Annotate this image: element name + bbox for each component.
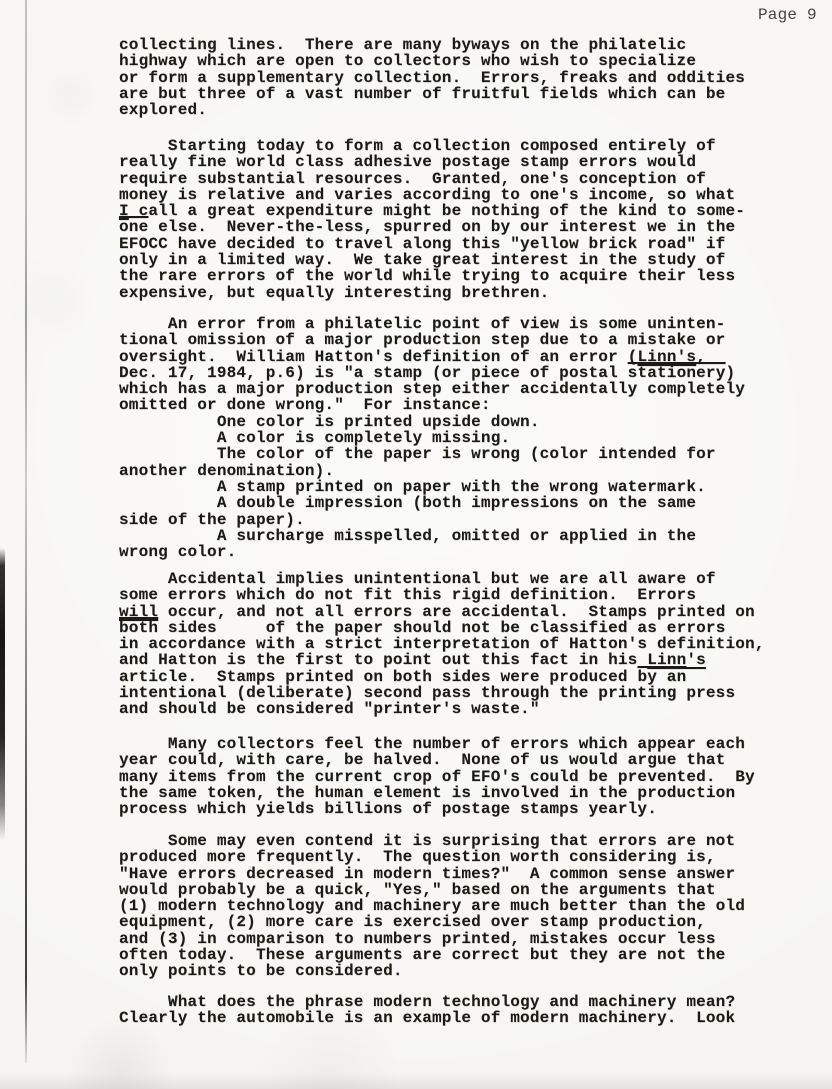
text-line: one else. Never-the-less, spurred on by … xyxy=(119,219,745,235)
text-line: The color of the paper is wrong (color i… xyxy=(119,446,745,462)
text-line: (1) modern technology and machinery are … xyxy=(119,898,745,914)
text-line: A double impression (both impressions on… xyxy=(119,495,745,511)
text-segment: Dec. 17, 1984, p.6) is "a stamp (or piec… xyxy=(119,364,628,382)
text-line: One color is printed upside down. xyxy=(119,414,745,430)
text-line: Starting today to form a collection comp… xyxy=(119,138,745,154)
text-line: Clearly the automobile is an example of … xyxy=(119,1010,735,1026)
text-line: require substantial resources. Granted, … xyxy=(119,171,745,187)
text-segment: oversight. William Hatton's definition o… xyxy=(119,348,637,366)
text-segment: sides of the paper should not be classif… xyxy=(158,619,725,637)
text-line: omitted or done wrong." For instance: xyxy=(119,397,745,413)
text-line: Some may even contend it is surprising t… xyxy=(119,833,745,849)
text-line: A surcharge misspelled, omitted or appli… xyxy=(119,528,745,544)
text-line: process which yields billions of postage… xyxy=(119,801,755,817)
text-line: An error from a philatelic point of view… xyxy=(119,316,745,332)
paragraph: What does the phrase modern technology a… xyxy=(119,994,735,1027)
page-number-label: Page 9 xyxy=(758,6,817,24)
text-line: A stamp printed on paper with the wrong … xyxy=(119,479,745,495)
paragraph: collecting lines. There are many byways … xyxy=(119,37,745,118)
text-line: the same token, the human element is inv… xyxy=(119,785,755,801)
overlined-text: by an xyxy=(637,668,686,686)
text-line: and (3) in comparison to numbers printed… xyxy=(119,931,745,947)
text-line: many items from the current crop of EFO'… xyxy=(119,769,755,785)
text-line: article. Stamps printed on both sides we… xyxy=(119,669,765,685)
text-line: highway which are open to collectors who… xyxy=(119,53,745,69)
text-segment: ) xyxy=(725,364,735,382)
text-line: Many collectors feel the number of error… xyxy=(119,736,755,752)
underlined-text: Linn's xyxy=(637,348,696,366)
text-line: only in a limited way. We take great int… xyxy=(119,252,745,268)
overlined-text: one xyxy=(119,218,148,236)
text-line: would probably be a quick, "Yes," based … xyxy=(119,882,745,898)
text-line: wrong color. xyxy=(119,544,745,560)
overlined-text: stationery xyxy=(628,364,726,382)
scan-artifact-bottom-smudge xyxy=(0,1073,832,1089)
text-line: and should be considered "printer's wast… xyxy=(119,701,765,717)
overlined-text: both xyxy=(119,619,158,637)
text-line: will occur, and not all errors are accid… xyxy=(119,604,765,620)
scan-artifact-vertical-line xyxy=(25,0,27,1063)
paragraph: Accidental implies unintentional but we … xyxy=(119,571,765,718)
text-line: and Hatton is the first to point out thi… xyxy=(119,652,765,668)
text-line: Accidental implies unintentional but we … xyxy=(119,571,765,587)
text-line: the rare errors of the world while tryin… xyxy=(119,268,745,284)
scanned-document-page: Page 9 collecting lines. There are many … xyxy=(0,0,832,1089)
text-segment: occur, and not all errors are accidental… xyxy=(158,603,755,621)
text-segment: article. Stamps printed on both sides we… xyxy=(119,668,637,686)
text-line: both sides of the paper should not be cl… xyxy=(119,620,765,636)
text-line: year could, with care, be halved. None o… xyxy=(119,752,755,768)
text-line: which has a major production step either… xyxy=(119,381,745,397)
text-line: money is relative and varies according t… xyxy=(119,187,745,203)
text-line: collecting lines. There are many byways … xyxy=(119,37,745,53)
text-line: EFOCC have decided to travel along this … xyxy=(119,236,745,252)
scan-artifact-edge-blotch xyxy=(0,548,5,840)
text-line: another denomination). xyxy=(119,463,745,479)
paragraph: Some may even contend it is surprising t… xyxy=(119,833,745,980)
text-line: What does the phrase modern technology a… xyxy=(119,994,735,1010)
paragraph: Many collectors feel the number of error… xyxy=(119,736,755,817)
text-line: Dec. 17, 1984, p.6) is "a stamp (or piec… xyxy=(119,365,745,381)
text-segment: else. Never-the-less, spurred on by our … xyxy=(148,218,735,236)
text-line: A color is completely missing. xyxy=(119,430,745,446)
text-line: expensive, but equally interesting breth… xyxy=(119,285,745,301)
text-segment: and Hatton is the first to point out thi… xyxy=(119,651,647,669)
paragraph: Starting today to form a collection comp… xyxy=(119,138,745,301)
paragraph: An error from a philatelic point of view… xyxy=(119,316,745,560)
text-line: oversight. William Hatton's definition o… xyxy=(119,349,745,365)
text-line: intentional (deliberate) second pass thr… xyxy=(119,685,765,701)
text-line: or form a supplementary collection. Erro… xyxy=(119,70,745,86)
text-line: in accordance with a strict interpretati… xyxy=(119,636,765,652)
text-line: tional omission of a major production st… xyxy=(119,332,745,348)
text-line: often today. These arguments are correct… xyxy=(119,947,745,963)
text-line: only points to be considered. xyxy=(119,963,745,979)
text-line: "Have errors decreased in modern times?"… xyxy=(119,866,745,882)
text-line: produced more frequently. The question w… xyxy=(119,849,745,865)
text-line: side of the paper). xyxy=(119,512,745,528)
text-line: are but three of a vast number of fruitf… xyxy=(119,86,745,102)
text-line: equipment, (2) more care is exercised ov… xyxy=(119,914,745,930)
text-line: some errors which do not fit this rigid … xyxy=(119,587,765,603)
text-segment: , xyxy=(696,348,706,366)
text-line: explored. xyxy=(119,102,745,118)
text-line: really fine world class adhesive postage… xyxy=(119,154,745,170)
underlined-text: Linn's xyxy=(647,651,706,669)
underlined-text: will xyxy=(119,603,158,621)
